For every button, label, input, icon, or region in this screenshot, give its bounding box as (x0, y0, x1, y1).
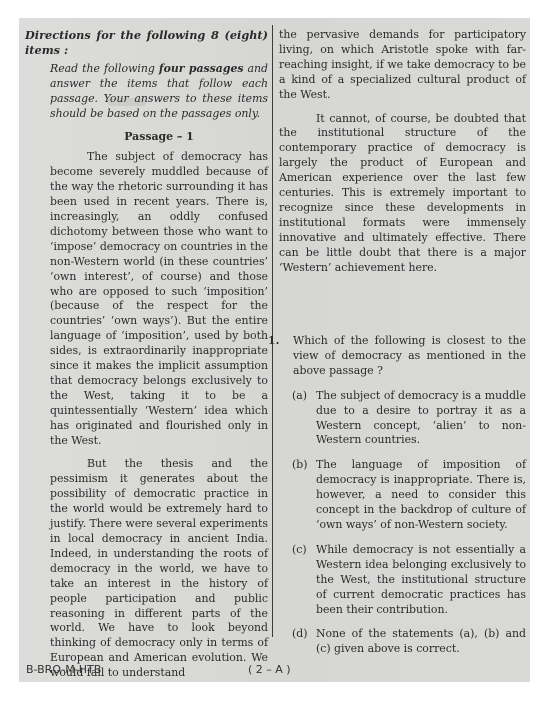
passage-title: Passage – 1 (50, 130, 268, 145)
directions-bold-text: four passages (159, 62, 244, 75)
question-text: Which of the following is closest to the… (293, 334, 526, 379)
option-a-label: (a) (292, 389, 307, 404)
option-c-text: While democracy is not essentially a Wes… (316, 543, 526, 618)
directions-heading: Directions for the following 8 (eight) i… (25, 28, 268, 58)
footer-page-number: ( 2 – A ) (248, 663, 291, 676)
directions-text-1: Read the following (50, 62, 159, 75)
option-d-text: None of the statements (a), (b) and (c) … (316, 627, 526, 657)
passage-paragraph-2-continued: the pervasive demands for participatory … (279, 28, 526, 103)
option-b[interactable]: (b) The language of imposition of democr… (316, 458, 526, 533)
option-d-label: (d) (292, 627, 307, 642)
exam-page: Directions for the following 8 (eight) i… (19, 18, 530, 682)
question-1: 1. Which of the following is closest to … (268, 334, 526, 657)
passage-paragraph-1: The subject of democracy has become seve… (50, 150, 268, 448)
option-b-label: (b) (292, 458, 307, 473)
option-a-text: The subject of democracy is a muddle due… (316, 389, 526, 449)
option-c-label: (c) (292, 543, 307, 558)
option-a[interactable]: (a) The subject of democracy is a muddle… (316, 389, 526, 449)
passage-paragraph-2: But the thesis and the pessimism it gene… (50, 457, 268, 681)
passage-paragraph-3: It cannot, of course, be doubted that th… (279, 112, 526, 276)
question-number: 1. (268, 334, 279, 349)
option-d[interactable]: (d) None of the statements (a), (b) and … (316, 627, 526, 657)
right-column: the pervasive demands for participatory … (279, 28, 526, 276)
left-column: Directions for the following 8 (eight) i… (25, 28, 268, 681)
footer-booklet-code: B-BRO-M-HTB (26, 663, 101, 676)
option-c[interactable]: (c) While democracy is not essentially a… (316, 543, 526, 618)
option-b-text: The language of imposition of democracy … (316, 458, 526, 533)
directions-body: Read the following four passages and ans… (50, 62, 268, 122)
